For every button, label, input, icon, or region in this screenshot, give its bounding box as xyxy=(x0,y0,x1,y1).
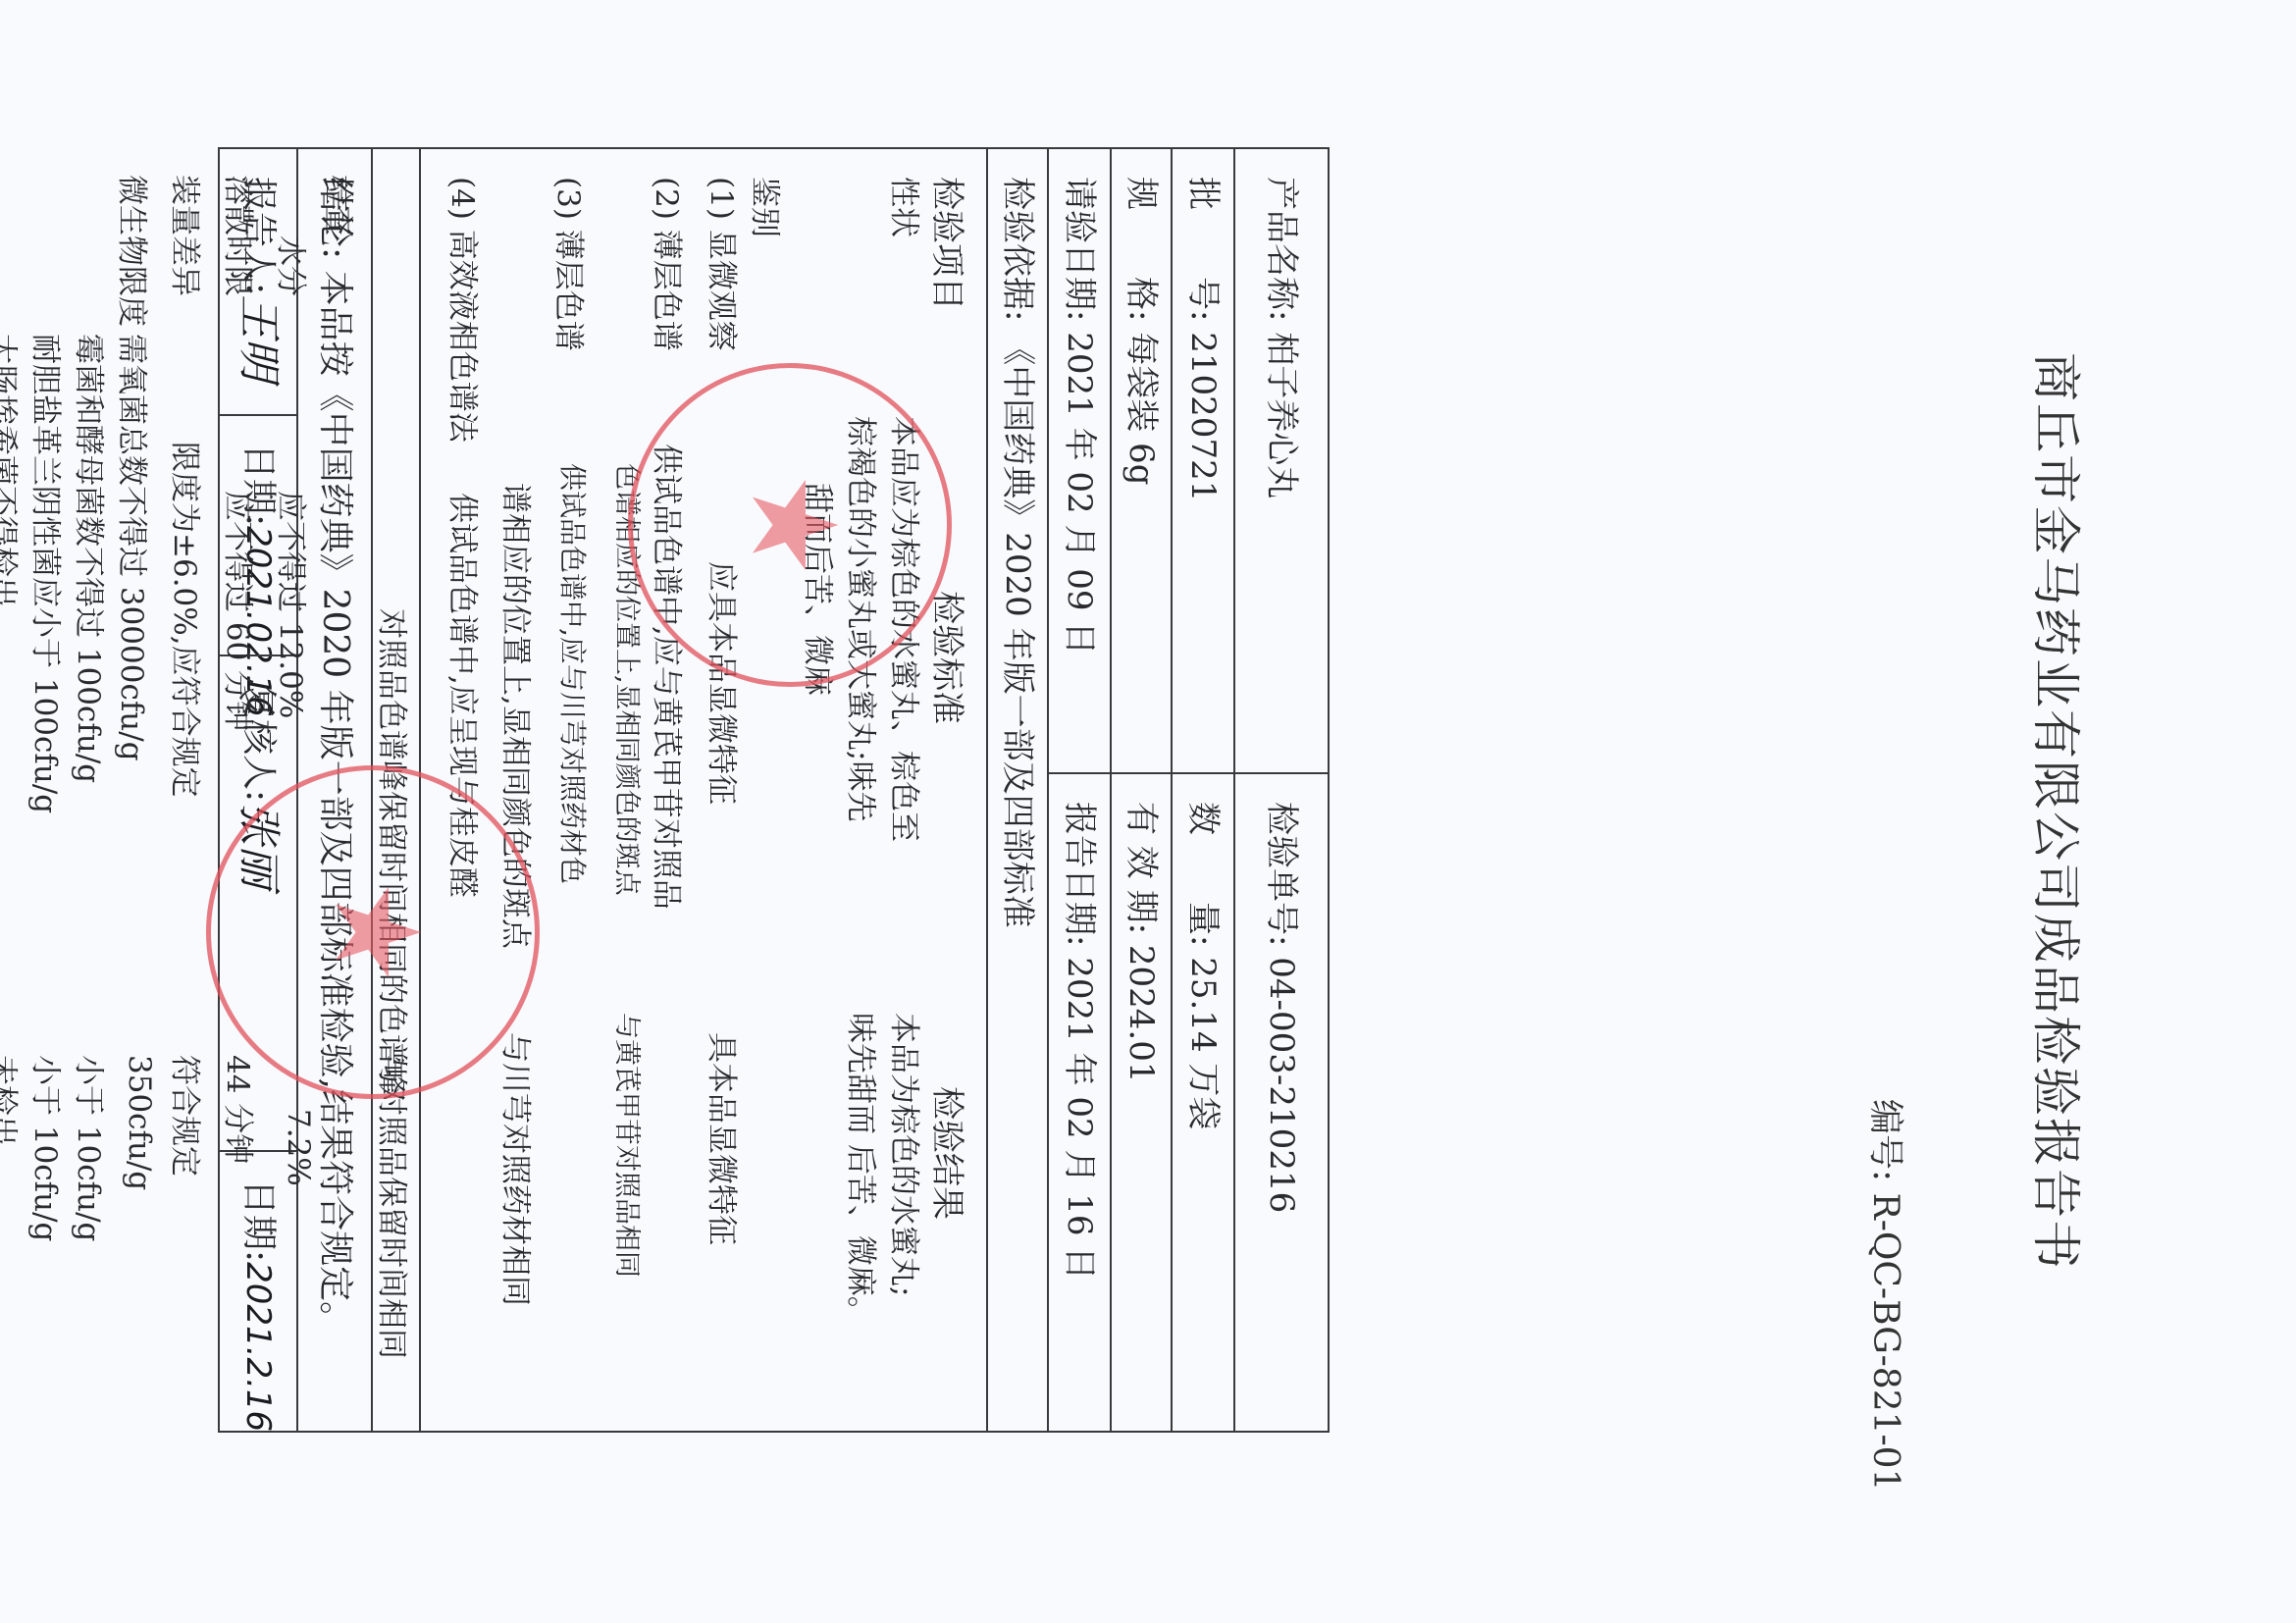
exam-item-standard: 耐胆盐革兰阴性菌应小于 100cfu/g xyxy=(26,334,71,813)
document-number-value: R-QC-BG-821-01 xyxy=(1865,1193,1905,1492)
document-title: 商丘市金马药业有限公司成品检验报告书 xyxy=(2024,0,2095,1623)
reporter-signature: 王明 xyxy=(236,294,280,381)
ident-item-result: 与黄芪甲苷对照品相同 xyxy=(610,1013,649,1278)
exam-item-result: 350cfu/g xyxy=(122,1055,157,1190)
results-body: 检验项目 检验标准 检验结果 性状 本品应为棕色的水蜜丸、棕色至 棕褐色的小蜜丸… xyxy=(419,149,986,1431)
request-date: 2021 年 02 月 09 日 xyxy=(1063,332,1096,654)
row-dates: 请验日期: 2021 年 02 月 09 日 报告日期: 2021 年 02 月… xyxy=(1047,149,1110,1431)
exam-item-name: 水分 xyxy=(272,236,316,296)
expiry-cell: 有 效 期: 2024.01 xyxy=(1112,772,1171,1431)
exam-item-result: 44 分钟 xyxy=(219,1055,263,1164)
stamp-star-icon: ★ xyxy=(724,472,861,578)
examination-label: 检查 xyxy=(319,175,363,236)
exam-item-name: 装量差异 xyxy=(166,175,210,296)
ident-item-name: (2) 薄层色谱 xyxy=(648,177,692,351)
exam-item-result: 小于 10cfu/g xyxy=(70,1055,114,1241)
expiry: 2024.01 xyxy=(1124,945,1158,1083)
exam-item-standard: 应不得过 60 分钟 xyxy=(219,491,263,731)
ident-item-result: 具本品显微特征 xyxy=(703,1032,747,1245)
product-name-cell: 产品名称: 柏子养心丸 xyxy=(1235,149,1328,772)
row-product: 产品名称: 柏子养心丸 检验单号: 04-003-210216 xyxy=(1233,149,1328,1431)
appearance-result-line: 本品为棕色的水蜜丸; xyxy=(885,1013,929,1296)
ident-item-name: (1) 显微观察 xyxy=(703,177,747,351)
red-stamp-inspection: ★ xyxy=(628,363,952,687)
ident-item-standard: 供试品色谱中,应与川芎对照药材色 xyxy=(554,463,594,884)
batch-cell: 批 号: 21020721 xyxy=(1173,149,1233,772)
col-header-standard: 检验标准 xyxy=(926,591,974,724)
report-date: 2021 年 02 月 16 日 xyxy=(1063,957,1096,1280)
row-batch: 批 号: 21020721 数 量: 25.14 万袋 xyxy=(1171,149,1233,1431)
exam-item-name: 溶散时限 xyxy=(219,175,263,296)
exam-item-result: 7.2% xyxy=(281,1109,316,1186)
ident-item-name: (3) 薄层色谱 xyxy=(549,177,594,351)
ident-item-name: (4) 高效液相色谱法 xyxy=(444,177,488,443)
exam-item-result: 符合规定 xyxy=(166,1055,210,1177)
request-date-cell: 请验日期: 2021 年 02 月 09 日 xyxy=(1049,149,1110,772)
document-number-label: 编号: xyxy=(1865,1099,1905,1181)
inspection-no-cell: 检验单号: 04-003-210216 xyxy=(1235,772,1328,1431)
exam-item-result: 未检出 xyxy=(0,1055,27,1146)
row-basis: 检验依据: 《中国药典》2020 年版一部及四部标准 xyxy=(986,149,1047,1431)
spec-cell: 规 格: 每袋装 6g xyxy=(1112,149,1171,772)
reviewer-date: 2021.2.16 xyxy=(241,1262,275,1432)
appearance-result-line: 味先甜而 后苦、微麻。 xyxy=(842,1013,886,1327)
product-name: 柏子养心丸 xyxy=(1265,332,1298,498)
exam-item-standard: 霉菌和酵母菌数不得过 100cfu/g xyxy=(70,334,114,783)
quantity-cell: 数 量: 25.14 万袋 xyxy=(1173,772,1233,1431)
basis-cell: 检验依据: 《中国药典》2020 年版一部及四部标准 xyxy=(988,149,1047,1431)
quantity: 25.14 万袋 xyxy=(1186,957,1220,1129)
exam-item-standard: 需氧菌总数不得过 30000cfu/g xyxy=(113,334,157,761)
stamp-star-icon: ★ xyxy=(307,879,444,985)
row-spec: 规 格: 每袋装 6g 有 效 期: 2024.01 xyxy=(1110,149,1171,1431)
ident-item-result: 与川芎对照药材相同 xyxy=(496,1032,541,1306)
inspection-no: 04-003-210216 xyxy=(1265,957,1298,1213)
exam-item-standard: 应不得过 12.0% xyxy=(272,491,316,718)
document-number: 编号: R-QC-BG-821-01 xyxy=(1863,1099,1913,1491)
exam-item-result: 小于 10cfu/g xyxy=(26,1055,71,1241)
batch-number: 21020721 xyxy=(1186,332,1220,501)
spec: 每袋装 6g xyxy=(1124,332,1158,485)
exam-item-standard: 大肠埃希菌不得检出 xyxy=(0,334,27,607)
col-header-result: 检验结果 xyxy=(926,1086,974,1220)
identification-label: 鉴别 xyxy=(746,177,790,237)
col-header-item: 检验项目 xyxy=(926,177,974,310)
report-date-cell: 报告日期: 2021 年 02 月 16 日 xyxy=(1049,772,1110,1431)
basis: 《中国药典》2020 年版一部及四部标准 xyxy=(1001,332,1034,927)
inspection-report-page: 商丘市金马药业有限公司成品检验报告书 编号: R-QC-BG-821-01 产品… xyxy=(0,0,2296,1623)
reviewer-date-cell: 日期:2021.2.16 xyxy=(220,1150,296,1431)
exam-item-name: 微生物限度 xyxy=(113,175,157,327)
exam-item-standard: 限度为±6.0%,应符合规定 xyxy=(166,442,210,798)
red-stamp-quality: ★ xyxy=(206,765,540,1099)
appearance-label: 性状 xyxy=(885,177,929,237)
ident-item-result: 与对照品保留时间相同 xyxy=(373,1055,417,1359)
